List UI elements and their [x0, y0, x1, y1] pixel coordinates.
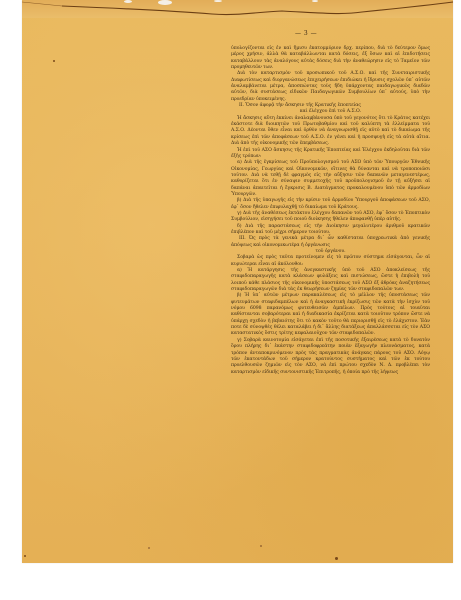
paragraph: ὑπολογίζονται εἰς ἐν καὶ ἥμισυ ἑκατομμύρ…: [231, 46, 430, 71]
list-item: β) Διὰ τῆς ὑπαγωγῆς εἰς τὴν κρίσιν τοῦ ἀ…: [231, 198, 430, 211]
page-number: — 3 —: [295, 30, 317, 37]
section-heading-line: III. Ὡς πρὸς τὰ γενικὰ μέτρα δι᾽ ὧν καθί…: [231, 236, 430, 247]
text-column: ὑπολογίζονται εἰς ἐν καὶ ἥμισυ ἑκατομμύρ…: [231, 46, 430, 376]
paragraph: Ἡ ἄσκησις αὕτη ἐκκίνει ἀναλαμβάνουσα ὑπὸ…: [231, 116, 430, 148]
fold-crease: [22, 0, 453, 20]
paragraph: Διὰ τὸν καταρτισμὸν τοῦ προσωπικοῦ τοῦ Α…: [231, 71, 430, 103]
paper-speck: [335, 557, 338, 560]
paper-hole: [312, 0, 318, 2]
paper-hole: [124, 0, 132, 3]
list-item: β) Ἡ ὑπ᾽ αὐτῶν μέτρων παρακαλέσεως εἰς τ…: [231, 293, 430, 337]
list-item: α) Διὰ τῆς ἐγκρίσεως τοῦ Προϋπολογισμοῦ …: [231, 160, 430, 198]
section-heading-iii: III. Ὡς πρὸς τὰ γενικὰ μέτρα δι᾽ ὧν καθί…: [231, 236, 430, 255]
paragraph: Ἡ ἐπὶ τοῦ ΑΣΟ ἄσκησις τῆς Κρατικῆς Ἐποπτ…: [231, 148, 430, 161]
list-item: α) Ἡ κατάργησις τῆς ἀνεγκαστικῆς ὑπὸ τοῦ…: [231, 268, 430, 293]
list-item: γ) Διὰ τῆς ἀναθέσεως ἐκτάκτου ἐλέγχου δα…: [231, 211, 430, 224]
paper-speck: [53, 60, 55, 62]
section-heading-ii: II. Ὅσον ἀφορᾷ τὴν ἄσκησιν τῆς Κρατικῆς …: [231, 103, 430, 116]
paper-speck: [260, 545, 262, 547]
paper-hole: [214, 0, 222, 2]
paper-speck: [148, 547, 150, 549]
section-heading-line: II. Ὅσον ἀφορᾷ τὴν ἄσκησιν τῆς Κρατικῆς …: [239, 103, 361, 108]
paper-speck: [24, 555, 26, 557]
list-item: γ) Σοβαρὰ καινοτομία εἰσάγεται ἐπὶ τῆς π…: [231, 338, 430, 376]
paper-hole: [158, 0, 172, 5]
paragraph: Σοβαρὰ ὡς πρὸς ταῦτα προτείνομεν εἰς τὸ …: [231, 255, 430, 268]
list-item: δ) Διὰ τῆς παραστάσεως εἰς τὴν Διοίκησιν…: [231, 224, 430, 237]
